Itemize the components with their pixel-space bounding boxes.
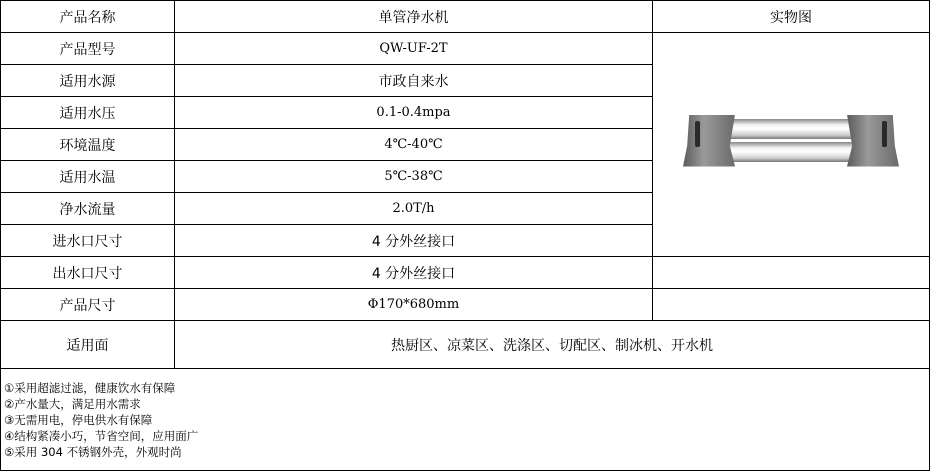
table-row-header: 产品名称 单管净水机 实物图 [1, 1, 930, 33]
filter-tube-bottom [723, 142, 859, 162]
flow-rate-value: 2.0T/h [175, 193, 653, 225]
filter-tube-top [723, 119, 859, 139]
water-temp-value: 5℃-38℃ [175, 161, 653, 193]
water-pressure-value: 0.1-0.4mpa [175, 97, 653, 129]
end-cap-left [683, 115, 735, 167]
empty-cell [653, 257, 930, 289]
product-name-value: 单管净水机 [175, 1, 653, 33]
feature-item: ⑤采用 304 不锈钢外壳，外观时尚 [4, 444, 198, 460]
table-row: 出水口尺寸 4 分外丝接口 [1, 257, 930, 289]
inlet-size-label: 进水口尺寸 [1, 225, 175, 257]
end-cap-right [847, 115, 899, 167]
spec-table: 产品名称 单管净水机 实物图 产品型号 QW-UF-2T 适用水源 市政自来水 … [0, 0, 930, 369]
water-pressure-label: 适用水压 [1, 97, 175, 129]
flow-rate-label: 净水流量 [1, 193, 175, 225]
product-image-cell [653, 33, 930, 257]
feature-item: ③无需用电，停电供水有保障 [4, 412, 198, 428]
outlet-size-label: 出水口尺寸 [1, 257, 175, 289]
feature-item: ②产水量大，满足用水需求 [4, 396, 198, 412]
product-size-label: 产品尺寸 [1, 289, 175, 321]
product-size-value: Φ170*680mm [175, 289, 653, 321]
features-notes: ①采用超滤过滤，健康饮水有保障 ②产水量大，满足用水需求 ③无需用电，停电供水有… [0, 368, 930, 471]
water-source-value: 市政自来水 [175, 65, 653, 97]
application-value: 热厨区、凉菜区、洗涤区、切配区、制冰机、开水机 [175, 321, 930, 369]
product-name-label: 产品名称 [1, 1, 175, 33]
empty-cell [653, 289, 930, 321]
model-label: 产品型号 [1, 33, 175, 65]
image-header: 实物图 [653, 1, 930, 33]
feature-item: ④结构紧凑小巧，节省空间，应用面广 [4, 428, 198, 444]
outlet-size-value: 4 分外丝接口 [175, 257, 653, 289]
application-label: 适用面 [1, 321, 175, 369]
table-row: 产品型号 QW-UF-2T [1, 33, 930, 65]
water-temp-label: 适用水温 [1, 161, 175, 193]
features-list: ①采用超滤过滤，健康饮水有保障 ②产水量大，满足用水需求 ③无需用电，停电供水有… [4, 380, 198, 460]
inlet-size-value: 4 分外丝接口 [175, 225, 653, 257]
water-source-label: 适用水源 [1, 65, 175, 97]
water-purifier-image [683, 113, 899, 177]
table-row-application: 适用面 热厨区、凉菜区、洗涤区、切配区、制冰机、开水机 [1, 321, 930, 369]
ambient-temp-label: 环境温度 [1, 129, 175, 161]
model-value: QW-UF-2T [175, 33, 653, 65]
table-row: 产品尺寸 Φ170*680mm [1, 289, 930, 321]
feature-item: ①采用超滤过滤，健康饮水有保障 [4, 380, 198, 396]
ambient-temp-value: 4℃-40℃ [175, 129, 653, 161]
